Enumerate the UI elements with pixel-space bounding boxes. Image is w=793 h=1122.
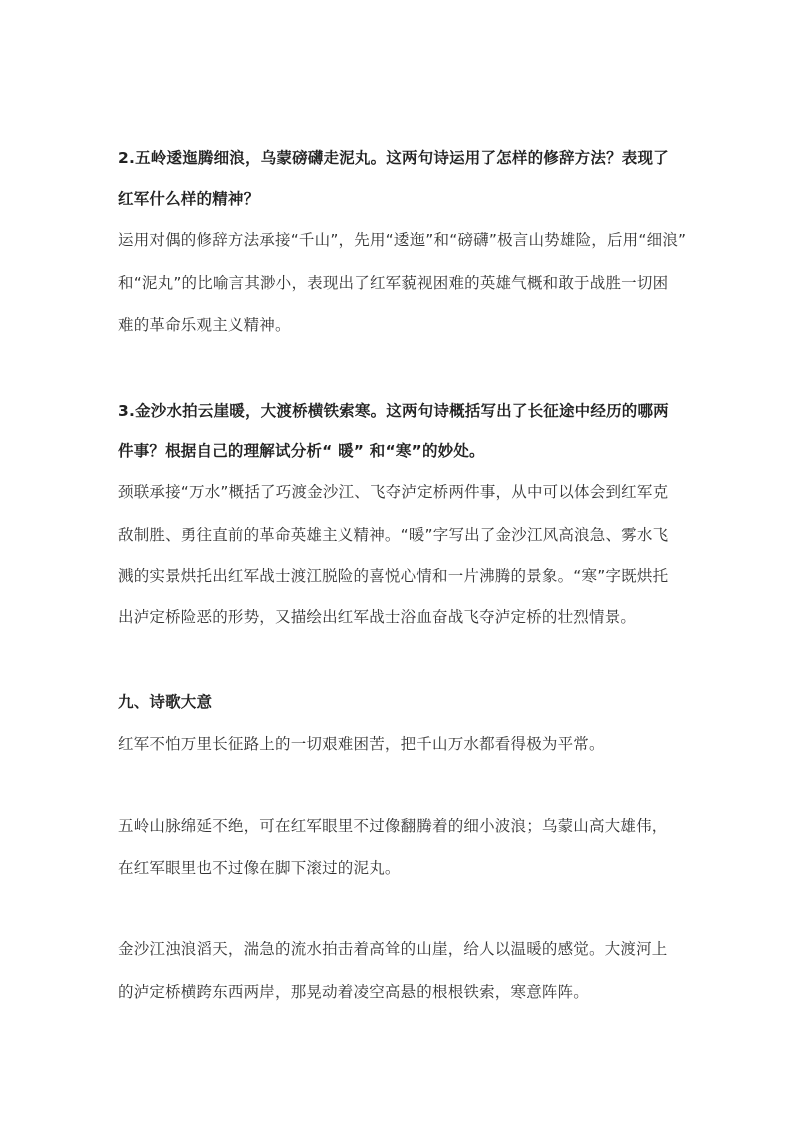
paragraph-text-line: 的泸定桥横跨东西两岸，那晃动着凌空高悬的根根铁索，寒意阵阵。 [118,982,589,1002]
paragraph-text-line: 金沙江浊浪滔天，湍急的流水拍击着高耸的山崖，给人以温暖的感觉。大渡河上 [118,939,668,959]
question-text-line: 件事？根据自己的理解试分析“ 暖” 和“寒”的妙处。 [118,441,485,461]
question-text-line: 3.金沙水拍云崖暖，大渡桥横铁索寒。这两句诗概括写出了长征途中经历的哪两 [118,401,669,421]
answer-text-line: 难的革命乐观主义精神。 [118,315,291,335]
question-text-line: 2.五岭逶迤腾细浪，乌蒙磅礴走泥丸。这两句诗运用了怎样的修辞方法？表现了 [118,148,669,168]
answer-text-line: 出泸定桥险恶的形势，又描绘出红军战士浴血奋战飞夺泸定桥的壮烈情景。 [118,607,636,627]
section-heading: 九、诗歌大意 [118,692,212,712]
answer-text-line: 敌制胜、勇往直前的革命英雄主义精神。“暖”字写出了金沙江风高浪急、雾水飞 [118,525,668,545]
paragraph-text-line: 红军不怕万里长征路上的一切艰难困苦，把千山万水都看得极为平常。 [118,734,605,754]
answer-text-line: 和“泥丸”的比喻言其渺小，表现出了红军藐视困难的英雄气概和敢于战胜一切困 [118,273,668,293]
answer-text-line: 溅的实景烘托出红军战士渡江脱险的喜悦心情和一片沸腾的景象。“寒”字既烘托 [118,566,668,586]
paragraph-text-line: 在红军眼里也不过像在脚下滚过的泥丸。 [118,858,401,878]
question-text-line: 红军什么样的精神？ [118,189,259,209]
paragraph-text-line: 五岭山脉绵延不绝，可在红军眼里不过像翻腾着的细小波浪；乌蒙山高大雄伟， [118,816,668,836]
answer-text-line: 运用对偶的修辞方法承接“千山”，先用“逶迤”和“磅礴”极言山势雄险，后用“细浪” [118,230,686,250]
answer-text-line: 颈联承接“万水”概括了巧渡金沙江、飞夺泸定桥两件事，从中可以体会到红军克 [118,482,668,502]
